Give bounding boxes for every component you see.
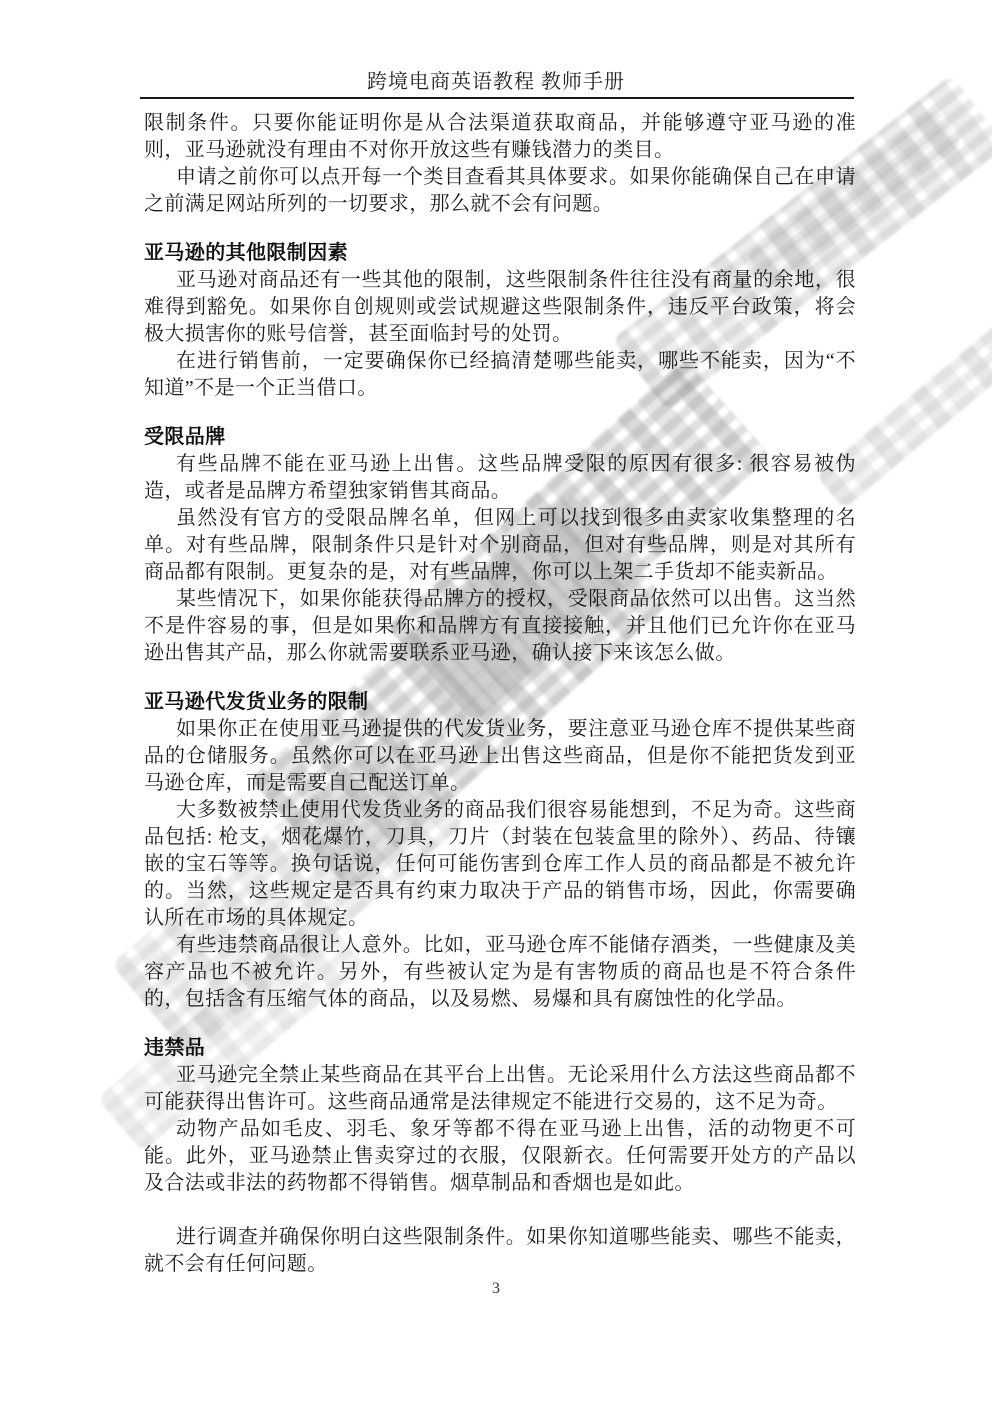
section-heading-restricted-brands: 受限品牌 xyxy=(144,424,856,451)
paragraph: 有些品牌不能在亚马逊上出售。这些品牌受限的原因有很多: 很容易被伪造，或者是品牌… xyxy=(144,451,856,505)
paragraph: 大多数被禁止使用代发货业务的商品我们很容易能想到，不足为奇。这些商品包括: 枪支… xyxy=(144,797,856,932)
paragraph: 申请之前你可以点开每一个类目查看其具体要求。如果你能确保自己在申请之前满足网站所… xyxy=(144,164,856,218)
paragraph: 在进行销售前，一定要确保你已经搞清楚哪些能卖，哪些不能卖，因为“不知道”不是一个… xyxy=(144,348,856,402)
paragraph: 如果你正在使用亚马逊提供的代发货业务，要注意亚马逊仓库不提供某些商品的仓储服务。… xyxy=(144,716,856,797)
document-body: 限制条件。只要你能证明你是从合法渠道获取商品，并能够遵守亚马逊的准则，亚马逊就没… xyxy=(144,110,856,1278)
header-rule xyxy=(140,97,854,99)
paragraph: 某些情况下，如果你能获得品牌方的授权，受限商品依然可以出售。这当然不是件容易的事… xyxy=(144,586,856,667)
paragraph: 有些违禁商品很让人意外。比如，亚马逊仓库不能储存酒类，一些健康及美容产品也不被允… xyxy=(144,932,856,1013)
paragraph: 亚马逊对商品还有一些其他的限制，这些限制条件往往没有商量的余地，很难得到豁免。如… xyxy=(144,267,856,348)
paragraph: 动物产品如毛皮、羽毛、象牙等都不得在亚马逊上出售，活的动物更不可能。此外，亚马逊… xyxy=(144,1116,856,1197)
header-title: 跨境电商英语教程 教师手册 xyxy=(0,65,992,94)
paragraph: 进行调查并确保你明白这些限制条件。如果你知道哪些能卖、哪些不能卖，就不会有任何问… xyxy=(144,1224,856,1278)
paragraph: 亚马逊完全禁止某些商品在其平台上出售。无论采用什么方法这些商品都不可能获得出售许… xyxy=(144,1062,856,1116)
document-page: 跨境电商英语教程 教师手册 限制条件。只要你能证明你是从合法渠道获取商品，并能够… xyxy=(0,0,992,1403)
section-heading-other-restrictions: 亚马逊的其他限制因素 xyxy=(144,240,856,267)
section-heading-prohibited-items: 违禁品 xyxy=(144,1035,856,1062)
section-heading-fba-restrictions: 亚马逊代发货业务的限制 xyxy=(144,689,856,716)
page-number: 3 xyxy=(0,1280,992,1298)
paragraph: 限制条件。只要你能证明你是从合法渠道获取商品，并能够遵守亚马逊的准则，亚马逊就没… xyxy=(144,110,856,164)
paragraph: 虽然没有官方的受限品牌名单，但网上可以找到很多由卖家收集整理的名单。对有些品牌，… xyxy=(144,505,856,586)
